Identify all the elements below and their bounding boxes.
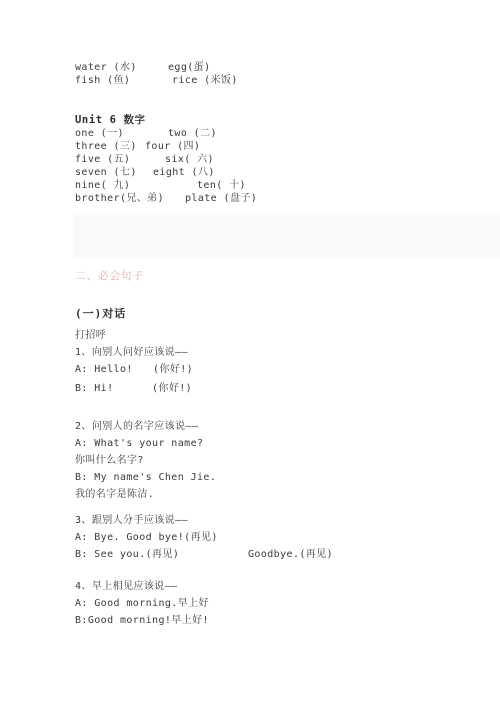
text-line: fish (鱼)rice (米饭) bbox=[75, 74, 485, 87]
section-heading-sentences: 二、必会句子 bbox=[75, 270, 485, 283]
text-line: three (三)four (四) bbox=[75, 140, 485, 153]
subsection-heading-dialogue: (一)对话 bbox=[75, 307, 485, 321]
text-line: B: My name's Chen Jie. bbox=[75, 469, 485, 486]
text-line: 你叫什么名字? bbox=[75, 452, 485, 469]
unit6-title: Unit 6 数字 bbox=[75, 113, 485, 127]
line-text-col2: six( 六) bbox=[165, 153, 214, 166]
dialogue-block-farewell: 3、跟别人分手应该说——A: Bye. Good bye!(再见)B: See … bbox=[75, 512, 485, 563]
line-text-col2: plate (盘子) bbox=[185, 192, 257, 205]
line-text-col2: two (二) bbox=[168, 127, 217, 140]
line-text: 3、跟别人分手应该说—— bbox=[75, 515, 188, 526]
line-text-col2: egg(蛋) bbox=[168, 61, 211, 74]
line-text: 我的名字是陈洁. bbox=[75, 489, 154, 500]
line-text: seven (七) bbox=[75, 167, 137, 178]
line-text: B: My name's Chen Jie. bbox=[75, 472, 216, 483]
dialogue-block-name: 2、问别人的名字应该说——A: What's your name?你叫什么名字?… bbox=[75, 418, 485, 503]
text-line: A: Hello!(你好!) bbox=[75, 361, 485, 378]
line-text-col2: four (四) bbox=[145, 140, 200, 153]
line-text: nine( 九) bbox=[75, 180, 130, 191]
line-text: five (五) bbox=[75, 154, 130, 165]
line-text: A: What's your name? bbox=[75, 438, 203, 449]
line-text: 你叫什么名字? bbox=[75, 455, 144, 466]
dialogue-block-greeting-reply: B: Hi!(你好!) bbox=[75, 380, 485, 397]
text-line: B:Good morning!早上好! bbox=[75, 612, 485, 629]
text-line: water (水)egg(蛋) bbox=[75, 61, 485, 74]
page-content: water (水)egg(蛋)fish (鱼)rice (米饭) Unit 6 … bbox=[75, 0, 485, 629]
text-line: five (五)six( 六) bbox=[75, 153, 485, 166]
text-line: 4、早上相见应该说—— bbox=[75, 578, 485, 595]
unit6-vocab-list: one (一)two (二)three (三)four (四)five (五)s… bbox=[75, 127, 485, 205]
line-text: B: Hi! bbox=[75, 383, 114, 394]
line-text: A: Good morning.早上好 bbox=[75, 598, 209, 609]
text-line: brother(兄、弟)plate (盘子) bbox=[75, 192, 485, 205]
line-text: 打招呼 bbox=[75, 330, 106, 341]
line-text-col2: Goodbye.(再见) bbox=[248, 546, 333, 563]
text-line: 打招呼 bbox=[75, 327, 485, 344]
line-text-col2: ten( 十) bbox=[197, 179, 246, 192]
line-text: A: Hello! bbox=[75, 364, 133, 375]
line-text: A: Bye. Good bye!(再见) bbox=[75, 532, 218, 543]
text-line: B: See you.(再见)Goodbye.(再见) bbox=[75, 546, 485, 563]
line-text-col2: (你好!) bbox=[152, 380, 192, 397]
line-text-col2: (你好!) bbox=[153, 361, 193, 378]
vocab-list-top: water (水)egg(蛋)fish (鱼)rice (米饭) bbox=[75, 61, 485, 87]
text-line: seven (七)eight (八) bbox=[75, 166, 485, 179]
dialogue-block-morning: 4、早上相见应该说——A: Good morning.早上好B:Good mor… bbox=[75, 578, 485, 629]
line-text: B:Good morning!早上好! bbox=[75, 615, 209, 626]
line-text: B: See you.(再见) bbox=[75, 549, 179, 560]
text-line: B: Hi!(你好!) bbox=[75, 380, 485, 397]
text-line: 1、向别人问好应该说—— bbox=[75, 344, 485, 361]
line-text: 4、早上相见应该说—— bbox=[75, 581, 177, 592]
line-text: 2、问别人的名字应该说—— bbox=[75, 421, 198, 432]
line-text: one (一) bbox=[75, 128, 124, 139]
line-text-col2: eight (八) bbox=[153, 166, 215, 179]
line-text-col2: rice (米饭) bbox=[172, 74, 238, 87]
line-text: brother(兄、弟) bbox=[75, 193, 164, 204]
text-line: 我的名字是陈洁. bbox=[75, 486, 485, 503]
text-line: A: What's your name? bbox=[75, 435, 485, 452]
unit6-section: Unit 6 数字 one (一)two (二)three (三)four (四… bbox=[75, 113, 485, 205]
text-line: 3、跟别人分手应该说—— bbox=[75, 512, 485, 529]
line-text: three (三) bbox=[75, 141, 137, 152]
text-line: 2、问别人的名字应该说—— bbox=[75, 418, 485, 435]
line-text: 1、向别人问好应该说—— bbox=[75, 347, 188, 358]
text-line: nine( 九)ten( 十) bbox=[75, 179, 485, 192]
text-line: A: Bye. Good bye!(再见) bbox=[75, 529, 485, 546]
document-page: water (水)egg(蛋)fish (鱼)rice (米饭) Unit 6 … bbox=[0, 0, 500, 707]
text-line: one (一)two (二) bbox=[75, 127, 485, 140]
text-line: A: Good morning.早上好 bbox=[75, 595, 485, 612]
dialogue-block-greeting: 打招呼1、向别人问好应该说——A: Hello!(你好!) bbox=[75, 327, 485, 378]
line-text: fish (鱼) bbox=[75, 75, 130, 86]
line-text: water (水) bbox=[75, 62, 137, 73]
